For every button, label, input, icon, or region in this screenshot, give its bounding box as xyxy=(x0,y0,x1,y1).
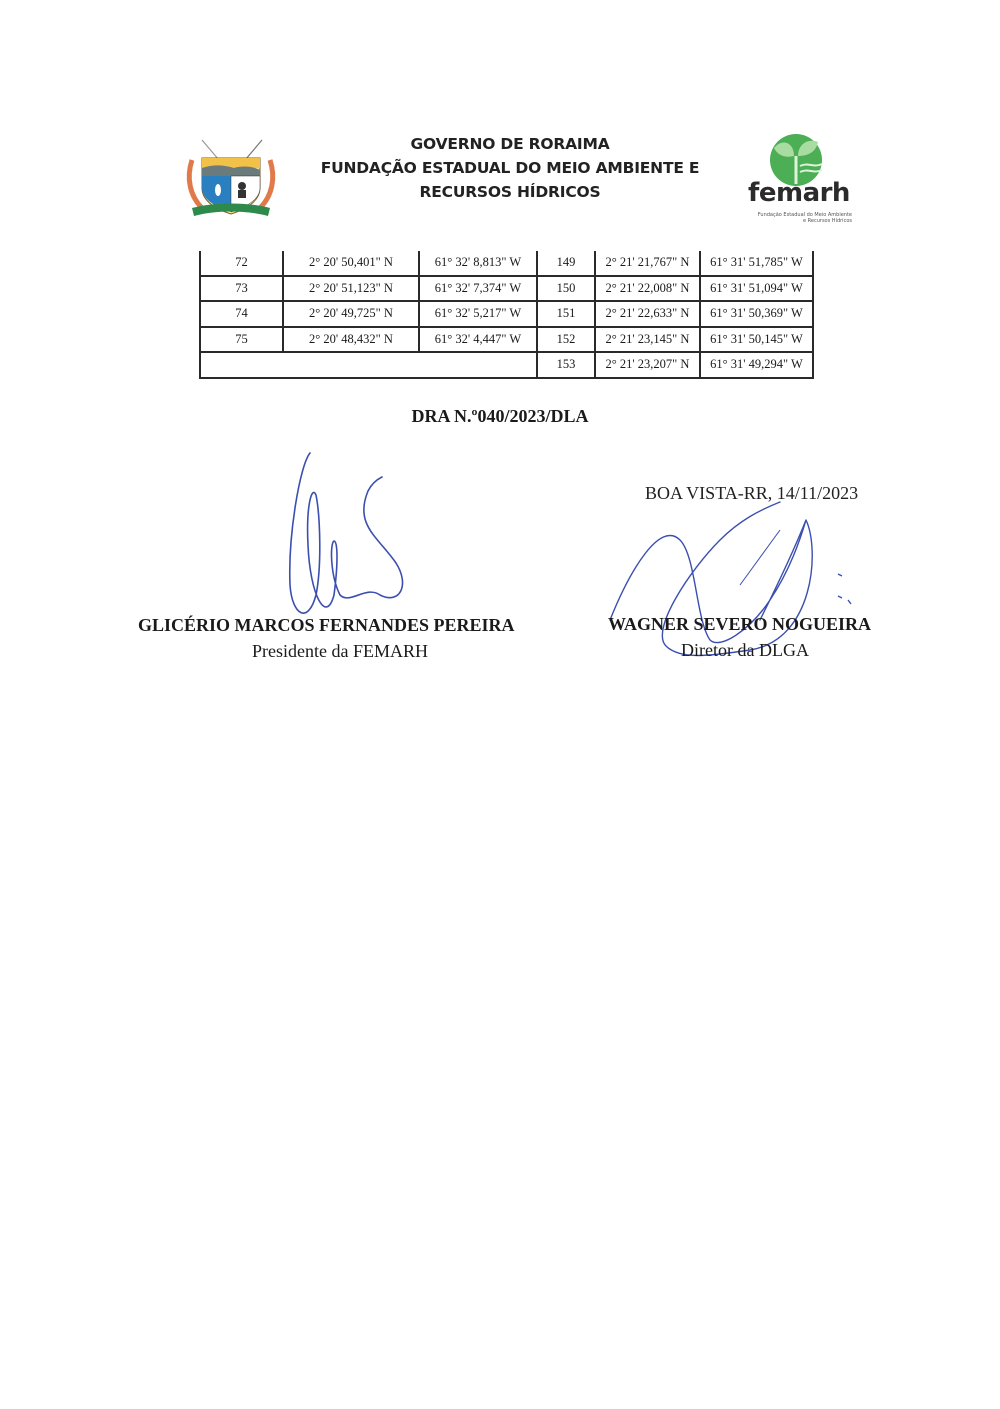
table-row: 74 2° 20' 49,725" N 61° 32' 5,217" W 151… xyxy=(200,301,813,327)
longitude: 61° 32' 8,813" W xyxy=(419,251,537,276)
longitude: 61° 32' 7,374" W xyxy=(419,276,537,302)
point-id: 150 xyxy=(537,276,595,302)
point-id: 149 xyxy=(537,251,595,276)
signatory-1-role: Presidente da FEMARH xyxy=(252,641,428,662)
longitude: 61° 32' 5,217" W xyxy=(419,301,537,327)
point-id: 75 xyxy=(200,327,283,353)
handwritten-signature-1 xyxy=(270,445,430,635)
longitude: 61° 31' 50,369" W xyxy=(700,301,813,327)
latitude: 2° 21' 21,767" N xyxy=(595,251,700,276)
point-id: 73 xyxy=(200,276,283,302)
point-id: 74 xyxy=(200,301,283,327)
table-row: 153 2° 21' 23,207" N 61° 31' 49,294" W xyxy=(200,352,813,378)
letterhead-line-1: GOVERNO DE RORAIMA xyxy=(300,132,720,156)
point-id: 153 xyxy=(537,352,595,378)
place-and-date: BOA VISTA-RR, 14/11/2023 xyxy=(645,483,858,504)
latitude: 2° 21' 23,207" N xyxy=(595,352,700,378)
table-row: 72 2° 20' 50,401" N 61° 32' 8,813" W 149… xyxy=(200,251,813,276)
letterhead-line-3: RECURSOS HÍDRICOS xyxy=(300,180,720,204)
longitude: 61° 31' 51,785" W xyxy=(700,251,813,276)
document-number: DRA N.º040/2023/DLA xyxy=(0,406,1000,427)
latitude: 2° 20' 48,432" N xyxy=(283,327,419,353)
coordinates-table: 72 2° 20' 50,401" N 61° 32' 8,813" W 149… xyxy=(199,251,814,379)
latitude: 2° 21' 23,145" N xyxy=(595,327,700,353)
latitude: 2° 21' 22,008" N xyxy=(595,276,700,302)
femarh-logo: femarh Fundação Estadual do Meio Ambient… xyxy=(738,132,856,228)
longitude: 61° 32' 4,447" W xyxy=(419,327,537,353)
longitude: 61° 31' 50,145" W xyxy=(700,327,813,353)
point-id: 151 xyxy=(537,301,595,327)
latitude: 2° 20' 50,401" N xyxy=(283,251,419,276)
femarh-wordmark: femarh xyxy=(744,178,854,208)
table-row: 73 2° 20' 51,123" N 61° 32' 7,374" W 150… xyxy=(200,276,813,302)
latitude: 2° 20' 49,725" N xyxy=(283,301,419,327)
longitude: 61° 31' 49,294" W xyxy=(700,352,813,378)
femarh-subtitle: Fundação Estadual do Meio Ambiente e Rec… xyxy=(738,212,852,224)
signatory-2-name: WAGNER SEVERO NOGUEIRA xyxy=(608,614,871,635)
point-id: 72 xyxy=(200,251,283,276)
latitude: 2° 20' 51,123" N xyxy=(283,276,419,302)
empty-merged-cell xyxy=(200,352,537,378)
table-row: 75 2° 20' 48,432" N 61° 32' 4,447" W 152… xyxy=(200,327,813,353)
longitude: 61° 31' 51,094" W xyxy=(700,276,813,302)
letterhead-title: GOVERNO DE RORAIMA FUNDAÇÃO ESTADUAL DO … xyxy=(300,132,720,204)
signatory-1-name: GLICÉRIO MARCOS FERNANDES PEREIRA xyxy=(138,615,515,636)
signatory-2-role: Diretor da DLGA xyxy=(681,640,809,661)
state-crest-logo xyxy=(184,138,278,222)
point-id: 152 xyxy=(537,327,595,353)
letterhead-line-2: FUNDAÇÃO ESTADUAL DO MEIO AMBIENTE E xyxy=(300,156,720,180)
latitude: 2° 21' 22,633" N xyxy=(595,301,700,327)
